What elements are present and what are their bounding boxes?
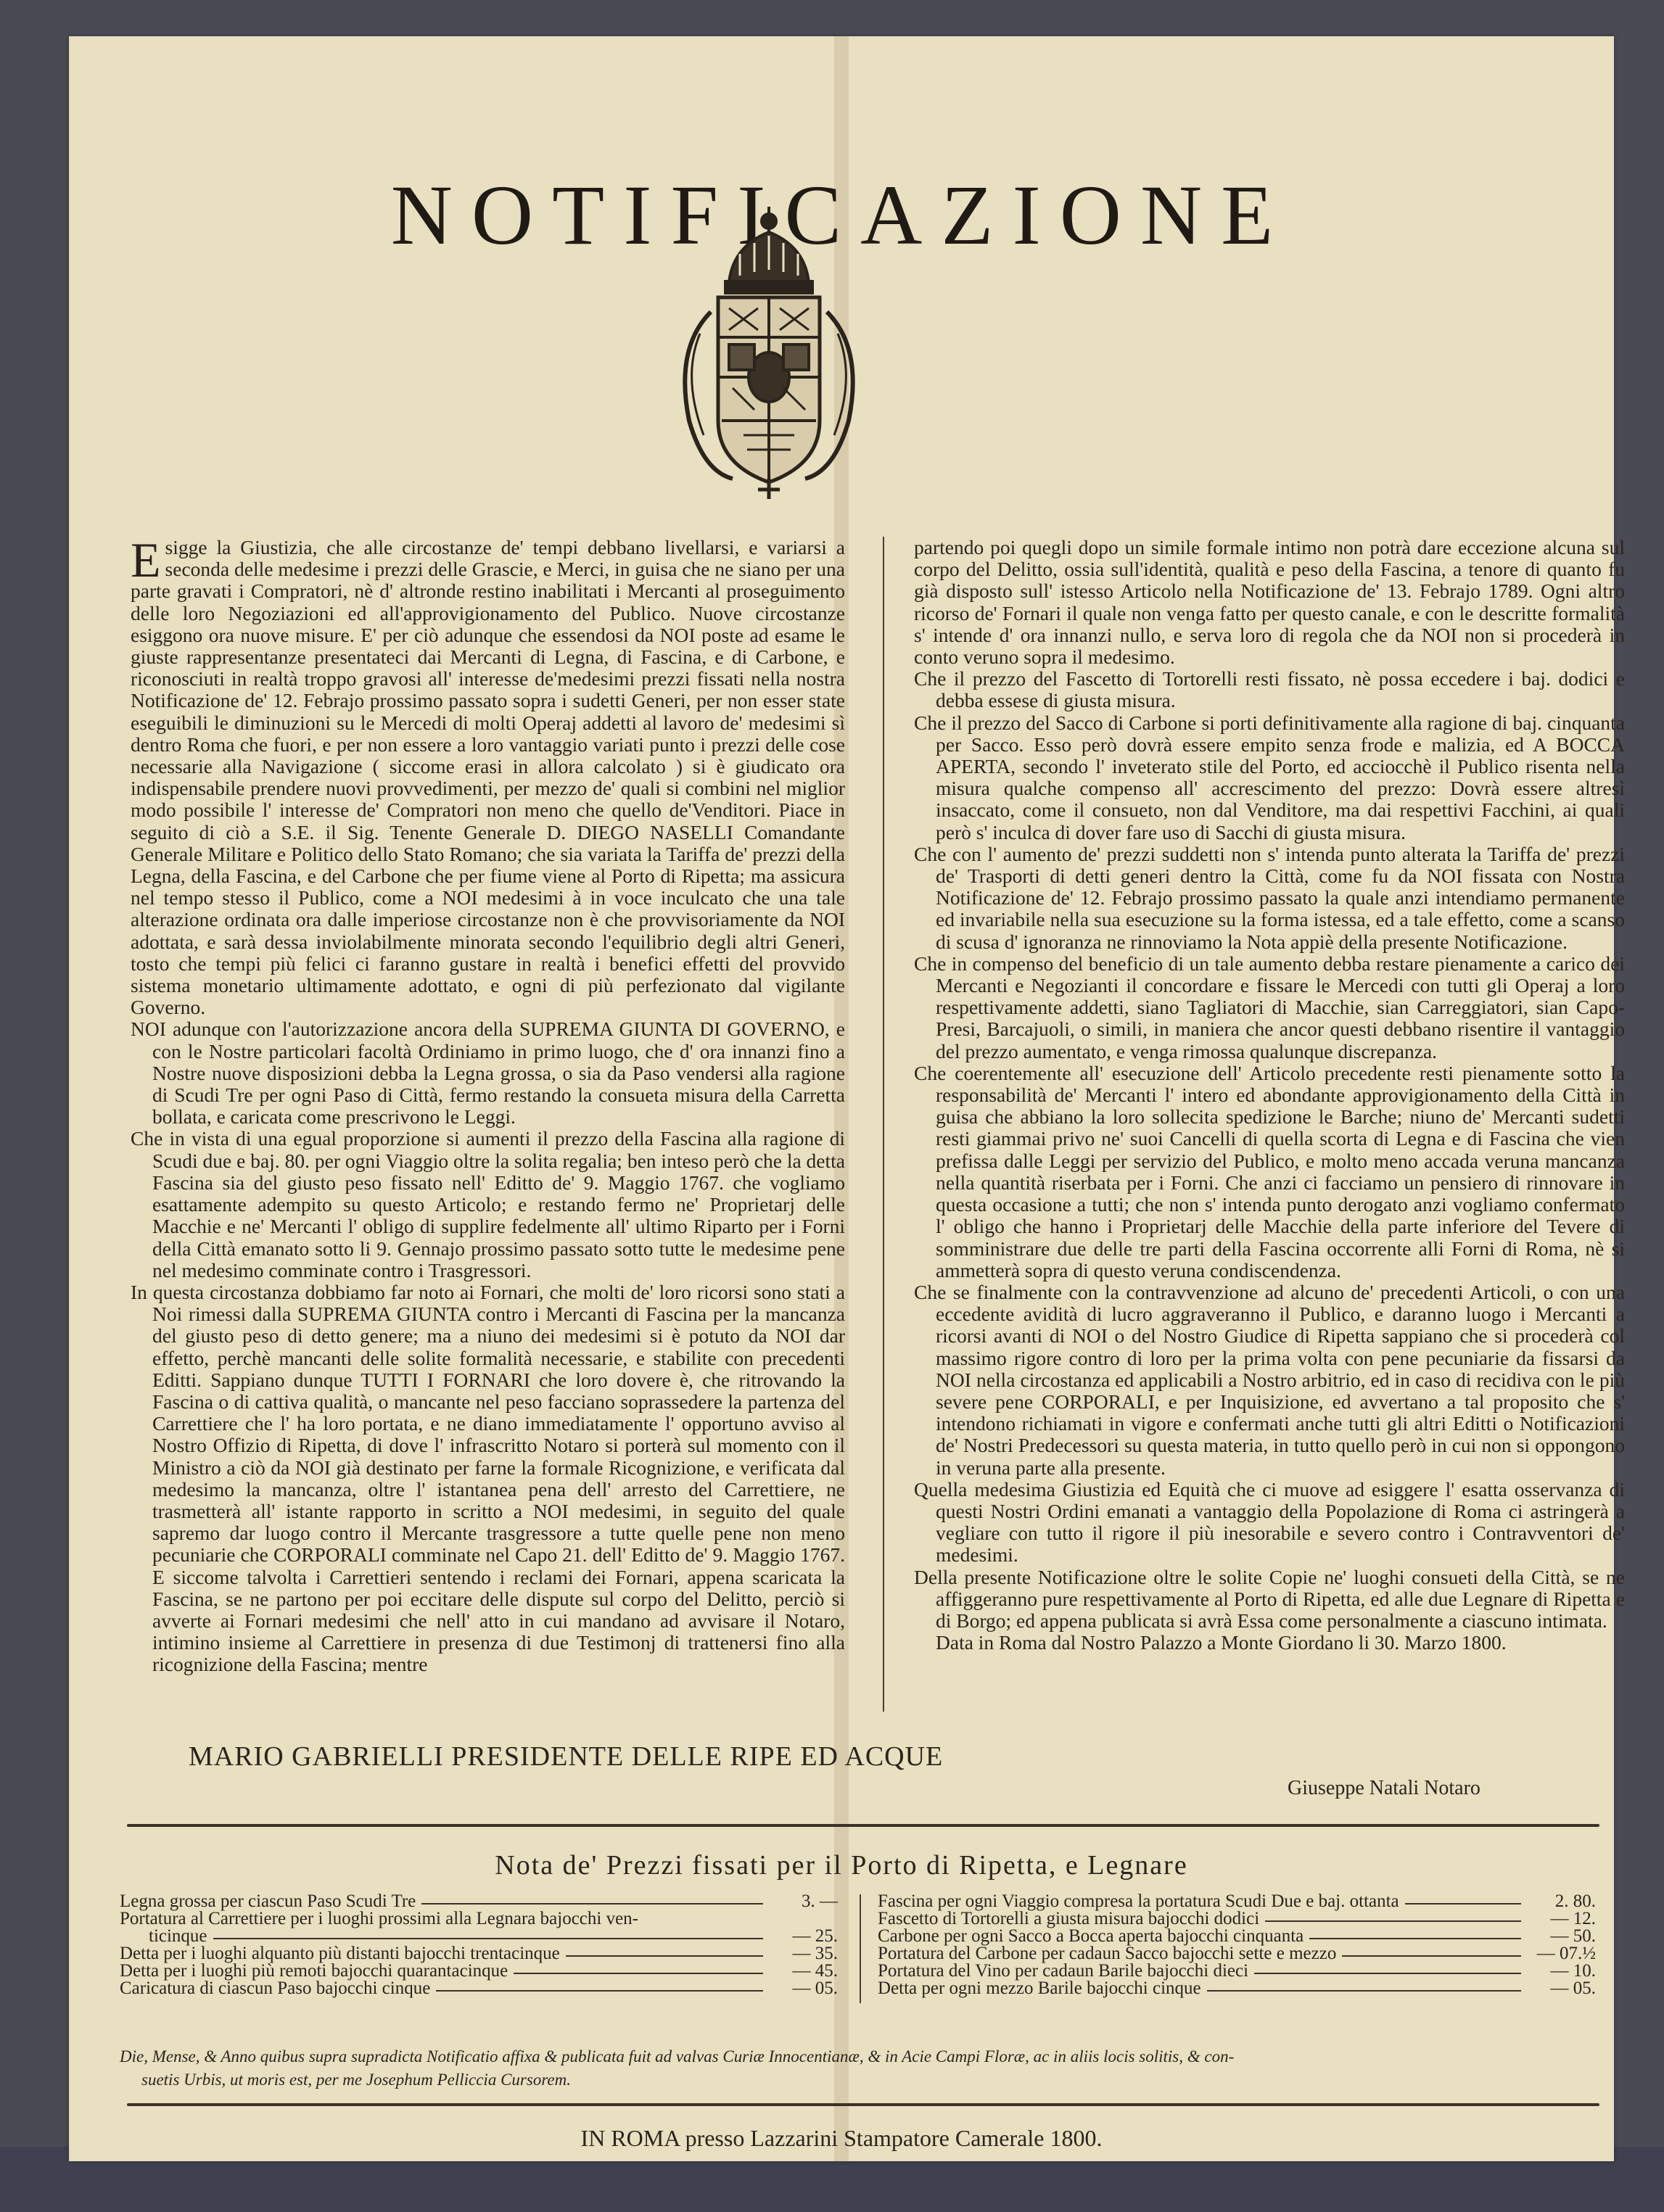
leader-line xyxy=(1254,1973,1521,1974)
signature-notary: Giuseppe Natali Notaro xyxy=(1288,1777,1480,1800)
paragraph-mercedi: Che in compenso del beneficio di un tale… xyxy=(914,953,1625,1062)
price-value: — 45. xyxy=(769,1963,838,1980)
leader-line xyxy=(514,1973,763,1974)
paragraph-text: sigge la Giustizia, che alle circostanze… xyxy=(131,536,845,1018)
price-value: — 25. xyxy=(769,1928,838,1945)
price-row: ticinque— 25. xyxy=(120,1928,838,1945)
leader-line xyxy=(436,1990,763,1992)
paragraph-intro: Esigge la Giustizia, che alle circostanz… xyxy=(131,537,845,1018)
latin-line-2: suetis Urbis, ut moris est, per me Josep… xyxy=(120,2068,1592,2092)
price-row: Detta per i luoghi alquanto più distanti… xyxy=(120,1945,838,1963)
signature-president: MARIO GABRIELLI PRESIDENTE DELLE RIPE ED… xyxy=(189,1741,943,1773)
price-value: — 05. xyxy=(1527,1980,1596,1997)
paragraph-affissione: Della presente Notificazione oltre le so… xyxy=(914,1567,1625,1633)
paragraph-fascina: Che in vista di una egual proporzione si… xyxy=(131,1128,845,1281)
leader-line xyxy=(1265,1920,1521,1922)
price-value: — 12. xyxy=(1527,1910,1596,1928)
leader-line xyxy=(1207,1990,1521,1992)
left-column-text: Esigge la Giustizia, che alle circostanz… xyxy=(131,537,845,1676)
leader-line xyxy=(1405,1903,1521,1904)
price-value: — 35. xyxy=(769,1945,838,1963)
leader-line xyxy=(213,1938,763,1939)
price-row: Detta per ogni mezzo Barile bajocchi cin… xyxy=(878,1980,1596,1997)
price-value: 3. — xyxy=(769,1893,838,1910)
price-row: Detta per i luoghi più remoti bajocchi q… xyxy=(120,1963,838,1980)
right-column-text: partendo poi quegli dopo un simile forma… xyxy=(914,537,1625,1654)
price-row: Portatura del Carbone per cadaun Sacco b… xyxy=(878,1945,1596,1963)
paragraph-fornari: In questa circostanza dobbiamo far noto … xyxy=(131,1282,845,1676)
divider-rule-lower xyxy=(127,2103,1599,2106)
price-value: — 05. xyxy=(769,1980,838,1997)
leader-line xyxy=(421,1903,763,1904)
leader-line xyxy=(1342,1955,1521,1957)
drop-cap: E xyxy=(131,540,165,580)
notice-sheet: NOTIFICAZIONE xyxy=(69,36,1614,2161)
paragraph-carbone: Che il prezzo del Sacco di Carbone si po… xyxy=(914,712,1625,843)
price-row: Caricatura di ciascun Paso bajocchi cinq… xyxy=(120,1980,838,1997)
price-table-right: Fascina per ogni Viaggio compresa la por… xyxy=(878,1893,1596,1997)
date-line: Data in Roma dal Nostro Palazzo a Monte … xyxy=(914,1632,1625,1654)
leader-line xyxy=(566,1955,763,1957)
paragraph-giustizia: Quella medesima Giustizia ed Equità che … xyxy=(914,1479,1625,1567)
printer-imprint: IN ROMA presso Lazzarini Stampatore Came… xyxy=(69,2125,1614,2152)
divider-rule-upper xyxy=(127,1824,1599,1827)
latin-line-1: Die, Mense, & Anno quibus supra supradic… xyxy=(120,2047,1234,2066)
price-table-left: Legna grossa per ciascun Paso Scudi Tre3… xyxy=(120,1893,838,1997)
paragraph-tariffa: Che con l' aumento de' prezzi suddetti n… xyxy=(914,843,1625,953)
price-value: — 10. xyxy=(1527,1963,1596,1980)
paragraph-tortorelli: Che il prezzo del Fascetto di Tortorelli… xyxy=(914,668,1625,711)
paragraph-continuation: partendo poi quegli dopo un simile forma… xyxy=(914,537,1625,668)
price-note-title: Nota de' Prezzi fissati per il Porto di … xyxy=(69,1849,1614,1881)
paragraph-pene: Che se finalmente con la contravvenzione… xyxy=(914,1282,1625,1479)
price-row: Fascina per ogni Viaggio compresa la por… xyxy=(878,1893,1596,1910)
paragraph-approvigionamento: Che coerentemente all' esecuzione dell' … xyxy=(914,1062,1625,1282)
price-table-divider xyxy=(860,1894,861,2003)
price-row: Fascetto di Tortorelli a giusta misura b… xyxy=(878,1910,1596,1928)
coat-of-arms-icon xyxy=(660,203,878,500)
latin-affixion-note: Die, Mense, & Anno quibus supra supradic… xyxy=(120,2045,1592,2092)
paragraph-ordinance-legna: NOI adunque con l'autorizzazione ancora … xyxy=(131,1018,845,1128)
price-value: — 50. xyxy=(1527,1928,1596,1945)
column-divider xyxy=(883,537,884,1712)
leader-line xyxy=(1309,1938,1521,1939)
price-value: — 07.½ xyxy=(1527,1945,1596,1963)
price-row: Carbone per ogni Sacco a Bocca aperta ba… xyxy=(878,1928,1596,1945)
price-row: Legna grossa per ciascun Paso Scudi Tre3… xyxy=(120,1893,838,1910)
price-row: Portatura al Carrettiere per i luoghi pr… xyxy=(120,1910,838,1928)
price-row: Portatura del Vino per cadaun Barile baj… xyxy=(878,1963,1596,1980)
price-value: 2. 80. xyxy=(1527,1893,1596,1910)
